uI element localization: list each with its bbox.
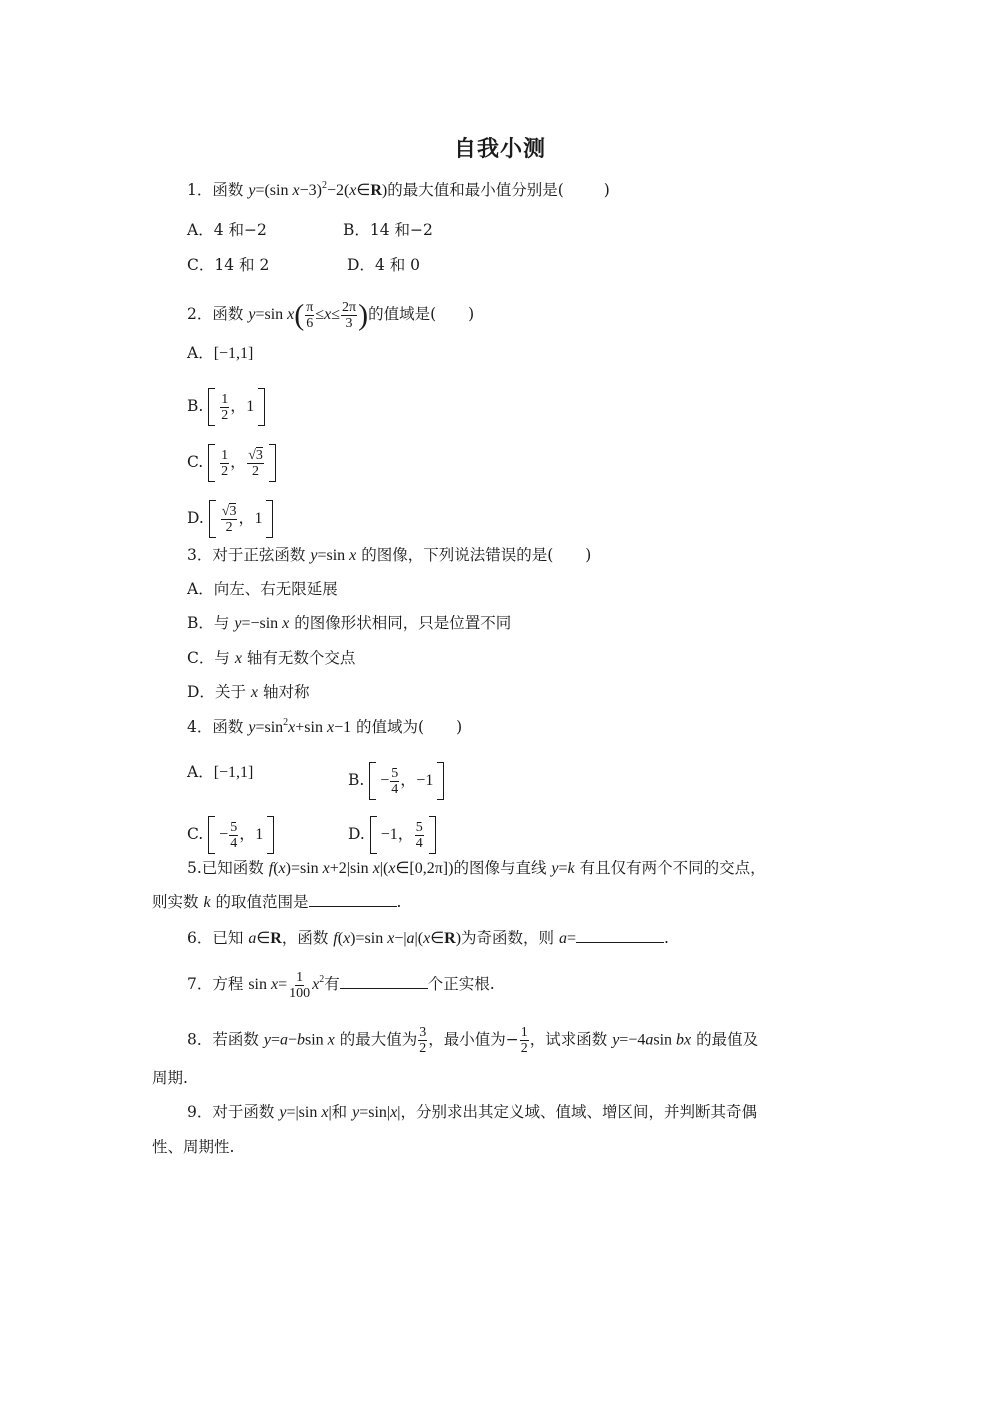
stem-text: 对于函数: [212, 1103, 274, 1121]
question-number: 6．: [187, 929, 212, 947]
question-2-option-a: A．[−1,1]: [187, 343, 253, 364]
question-number: 5.: [187, 859, 202, 877]
math-expression: y=sin x: [310, 547, 356, 564]
question-8-line-1: 8．若函数 y=a−bsin x 的最大值为32，最小值为−12，试求函数 y=…: [187, 1025, 758, 1056]
stem-text: 的值域是(: [368, 305, 436, 323]
question-number: 1．: [187, 181, 212, 199]
question-9-line-2: 性、周期性.: [152, 1137, 234, 1157]
stem-text: 已知: [212, 929, 243, 947]
option-label: D．: [347, 256, 375, 274]
option-label: C.: [187, 825, 203, 843]
math-expression: y=sin x(π6≤x≤2π3): [248, 306, 368, 323]
stem-text: 有: [324, 975, 340, 993]
stem-text: 的值域为(: [356, 718, 424, 736]
answer-paren: ): [456, 718, 462, 736]
stem-text: 函数: [212, 305, 243, 323]
stem-text: 若函数: [212, 1031, 259, 1049]
option-label: B.: [348, 771, 364, 789]
option-text: [−1,1]: [214, 345, 254, 362]
question-2-option-d: D. √32，1: [187, 500, 273, 538]
math-expression: y=sin2x+sin x−1: [248, 719, 351, 736]
question-1-option-b: B．14 和−2: [343, 220, 433, 240]
option-label: C．: [187, 649, 214, 667]
math-expression: y=−4asin bx: [612, 1032, 691, 1049]
stem-text: ，函数: [282, 929, 329, 947]
interval: −1，54: [370, 816, 436, 854]
answer-paren: ): [604, 181, 610, 199]
question-4-option-a: A．[−1,1]: [187, 762, 253, 783]
question-2-stem: 2．函数 y=sin x(π6≤x≤2π3)的值域是(): [187, 300, 474, 331]
question-4-option-d: D. −1，54: [348, 816, 436, 854]
option-text: 向左、右无限延展: [214, 580, 338, 598]
question-1-stem: 1．函数 y=(sin x−3)2−2(x∈R)的最大值和最小值分别是(): [187, 180, 610, 201]
option-text: 与: [214, 649, 230, 667]
question-number: 9．: [187, 1103, 212, 1121]
option-text: 与: [214, 614, 230, 632]
question-number: 7．: [187, 975, 212, 993]
stem-text: 函数: [212, 181, 243, 199]
stem-text: .: [397, 893, 402, 911]
option-label: C.: [187, 453, 203, 471]
math-expression: y=sin|x|: [352, 1104, 400, 1121]
stem-text: ，试求函数: [530, 1031, 608, 1049]
option-label: A．: [187, 763, 214, 781]
stem-text: 函数: [212, 718, 243, 736]
question-3-stem: 3．对于正弦函数 y=sin x 的图像，下列说法错误的是(): [187, 545, 591, 566]
question-6: 6．已知 a∈R，函数 f(x)=sin x−|a|(x∈R)为奇函数，则 a=…: [187, 928, 669, 949]
question-1-option-c: C．14 和 2: [187, 255, 269, 275]
interval: 12，1: [208, 388, 265, 426]
option-label: D.: [187, 509, 204, 527]
question-3-option-a: A．向左、右无限延展: [187, 579, 338, 599]
question-3-option-c: C．与 x 轴有无数个交点: [187, 648, 355, 669]
question-number: 3．: [187, 546, 212, 564]
question-3-option-d: D．关于 x 轴对称: [187, 682, 309, 703]
stem-text: 为奇函数，则: [461, 929, 554, 947]
option-label: C．: [187, 256, 214, 274]
option-label: B．: [187, 614, 214, 632]
stem-text: 则实数: [152, 893, 199, 911]
question-3-option-b: B．与 y=−sin x 的图像形状相同，只是位置不同: [187, 613, 511, 634]
option-text: [−1,1]: [214, 764, 254, 781]
stem-text: 的取值范围是: [216, 893, 309, 911]
option-label: A．: [187, 580, 214, 598]
page-title: 自我小测: [0, 132, 1000, 163]
answer-blank[interactable]: [309, 892, 397, 907]
question-4-stem: 4．函数 y=sin2x+sin x−1 的值域为(): [187, 717, 462, 738]
question-2-option-c: C. 12，√32: [187, 444, 276, 482]
stem-text: ，分别求出其定义域、值域、增区间，并判断其奇偶: [400, 1103, 757, 1121]
stem-text: 的最大值为: [340, 1031, 418, 1049]
answer-paren: ): [585, 546, 591, 564]
stem-text: 对于正弦函数: [212, 546, 305, 564]
question-5-line-2: 则实数 k 的取值范围是.: [152, 892, 401, 913]
question-8-line-2: 周期.: [152, 1068, 188, 1088]
stem-text: 已知函数: [202, 859, 264, 877]
option-text: 4 和 0: [375, 256, 420, 274]
stem-text: 的最值及: [696, 1031, 758, 1049]
question-number: 8．: [187, 1031, 212, 1049]
option-text: 14 和−2: [370, 221, 433, 239]
option-label: D．: [187, 683, 215, 701]
math-expression: f(x)=sin x−|a|(x∈R): [333, 930, 461, 947]
question-4-option-b: B. −54，−1: [348, 762, 444, 800]
math-expression: y=−sin x: [234, 615, 289, 632]
math-expression: sin x=1100x2: [248, 976, 324, 993]
stem-text: 的图像，下列说法错误的是(: [361, 546, 553, 564]
option-label: A．: [187, 344, 214, 362]
answer-blank[interactable]: [340, 974, 428, 989]
stem-text: 个正实根.: [428, 975, 495, 993]
math-expression: f(x)=sin x+2|sin x|(x∈[0,2π]): [269, 860, 454, 877]
option-text: 4 和−2: [214, 221, 267, 239]
interval: √32，1: [209, 500, 274, 538]
interval: 12，√32: [208, 444, 276, 482]
question-1-option-d: D．4 和 0: [347, 255, 420, 275]
option-text: 的图像形状相同，只是位置不同: [294, 614, 511, 632]
interval: −54，1: [208, 816, 274, 854]
math-expression: y=|sin x|: [279, 1104, 331, 1121]
option-label: A．: [187, 221, 214, 239]
question-4-option-c: C. −54，1: [187, 816, 274, 854]
question-5-line-1: 5.已知函数 f(x)=sin x+2|sin x|(x∈[0,2π])的图像与…: [187, 858, 766, 879]
stem-text: 的图像与直线: [453, 859, 546, 877]
interval: −54，−1: [369, 762, 444, 800]
stem-text: 的最大值和最小值分别是(: [387, 181, 564, 199]
option-text: 关于: [215, 683, 246, 701]
stem-text: 有且仅有两个不同的交点，: [580, 859, 766, 877]
question-9-line-1: 9．对于函数 y=|sin x|和 y=sin|x|，分别求出其定义域、值域、增…: [187, 1102, 757, 1123]
math-expression: y=(sin x−3)2−2(x∈R): [248, 182, 387, 199]
option-text: 14 和 2: [214, 256, 269, 274]
question-7: 7．方程 sin x=1100x2有个正实根.: [187, 970, 495, 1001]
question-number: 4．: [187, 718, 212, 736]
question-number: 2．: [187, 305, 212, 323]
option-text: 轴对称: [263, 683, 310, 701]
answer-blank[interactable]: [576, 928, 664, 943]
question-2-option-b: B. 12，1: [187, 388, 265, 426]
option-label: B.: [187, 397, 203, 415]
option-text: 轴有无数个交点: [247, 649, 356, 667]
stem-text: ，最小值为−: [428, 1031, 519, 1049]
math-expression: y=a−bsin x: [264, 1032, 335, 1049]
question-1-option-a: A．4 和−2: [187, 220, 267, 240]
stem-text: .: [664, 929, 669, 947]
option-label: D.: [348, 825, 365, 843]
option-label: B．: [343, 221, 370, 239]
stem-text: 和: [332, 1103, 348, 1121]
answer-paren: ): [468, 305, 474, 323]
stem-text: 方程: [212, 975, 243, 993]
